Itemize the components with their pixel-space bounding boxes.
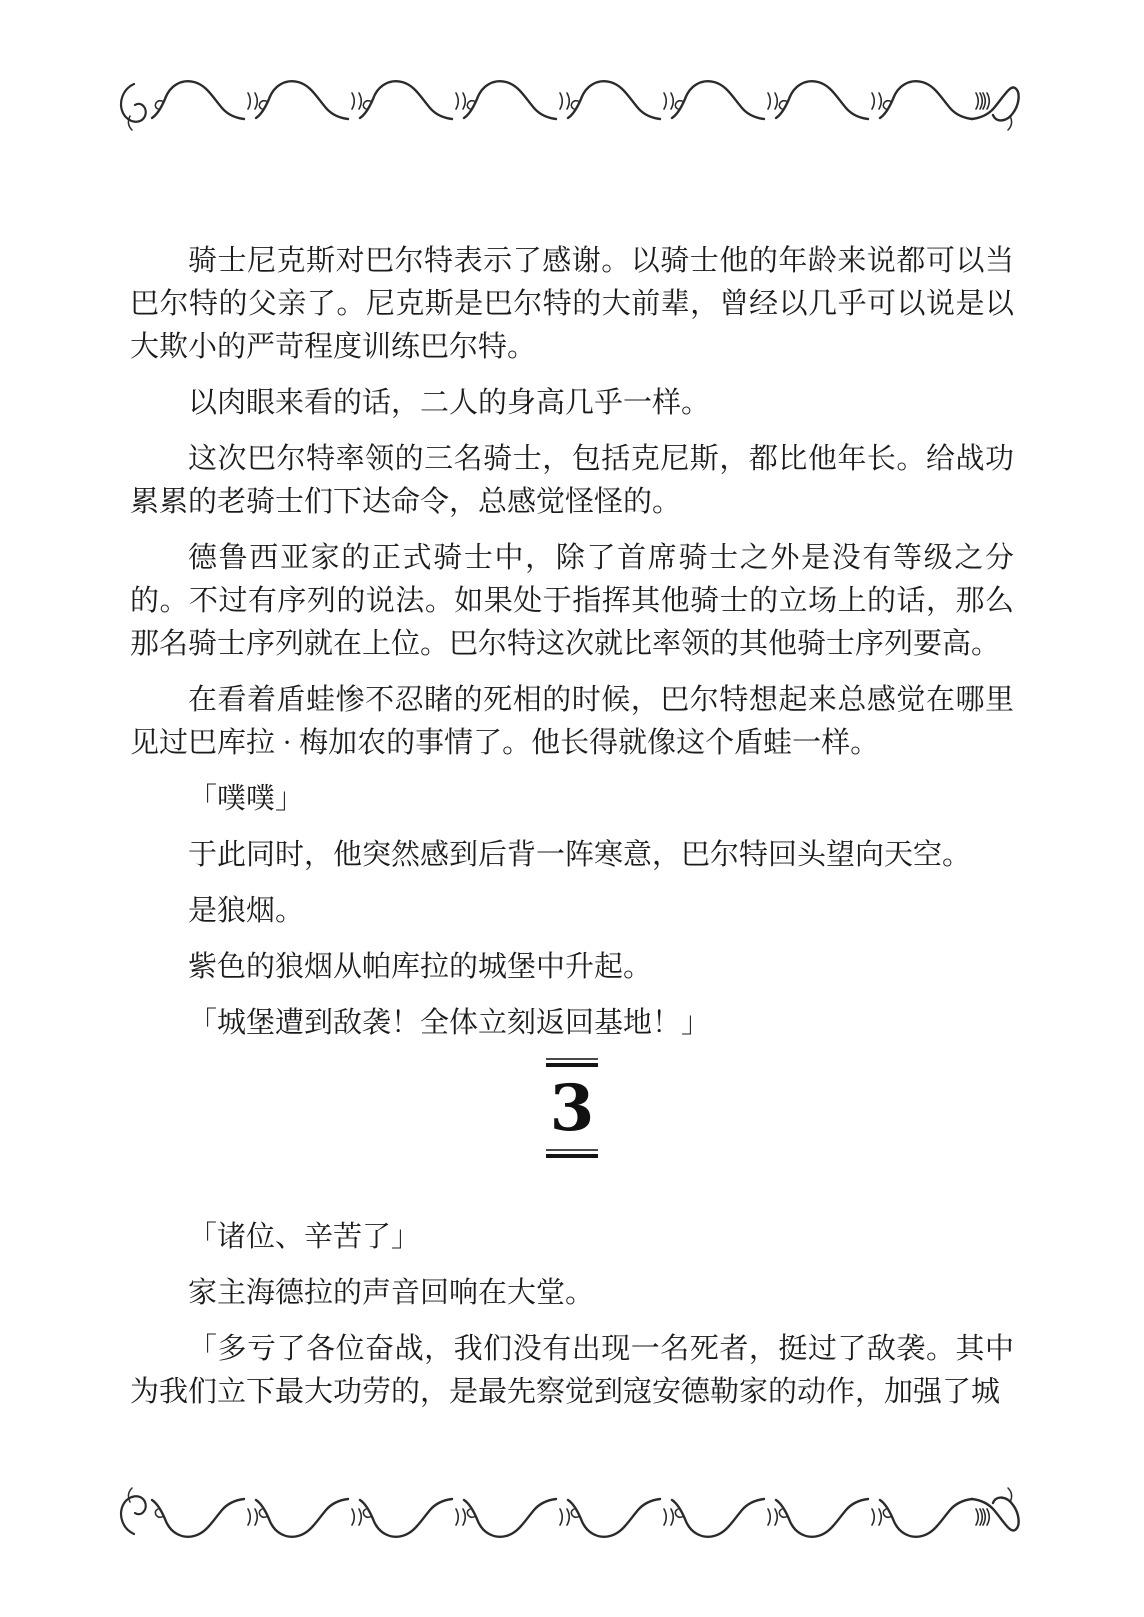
paragraph: 「多亏了各位奋战，我们没有出现一名死者，挺过了敌袭。其中为我们立下最大功劳的，是… [130,1328,1014,1414]
chapter-divider-top [546,1058,598,1067]
paragraph: 家主海德拉的声音回响在大堂。 [130,1272,1014,1315]
divider-thin-rule [546,1058,598,1060]
paragraph: 「诸位、辛苦了」 [130,1216,1014,1259]
book-page: 骑士尼克斯对巴尔特表示了感谢。以骑士他的年龄来说都可以当巴尔特的父亲了。尼克斯是… [0,0,1144,1617]
decorative-flourish-border-bottom [108,1484,1036,1546]
paragraph: 「城堡遭到敌袭！全体立刻返回基地！」 [130,1002,1014,1045]
page-content: 骑士尼克斯对巴尔特表示了感谢。以骑士他的年龄来说都可以当巴尔特的父亲了。尼克斯是… [130,240,1014,1427]
chapter-heading: 3 [130,1058,1014,1158]
divider-thick-rule [546,1063,598,1067]
paragraphs-before-chapter: 骑士尼克斯对巴尔特表示了感谢。以骑士他的年龄来说都可以当巴尔特的父亲了。尼克斯是… [130,240,1014,1045]
paragraph: 「噗噗」 [130,778,1014,821]
chapter-divider-bottom [546,1149,598,1158]
chapter-number: 3 [130,1073,1014,1145]
decorative-flourish-border-top [108,72,1036,134]
paragraph: 这次巴尔特率领的三名骑士，包括克尼斯，都比他年长。给战功累累的老骑士们下达命令，… [130,438,1014,524]
paragraphs-after-chapter: 「诸位、辛苦了」 家主海德拉的声音回响在大堂。 「多亏了各位奋战，我们没有出现一… [130,1216,1014,1414]
paragraph: 于此同时，他突然感到后背一阵寒意，巴尔特回头望向天空。 [130,834,1014,877]
paragraph: 骑士尼克斯对巴尔特表示了感谢。以骑士他的年龄来说都可以当巴尔特的父亲了。尼克斯是… [130,240,1014,369]
divider-thin-rule [546,1149,598,1151]
paragraph: 德鲁西亚家的正式骑士中，除了首席骑士之外是没有等级之分的。不过有序列的说法。如果… [130,537,1014,666]
paragraph: 在看着盾蛙惨不忍睹的死相的时候，巴尔特想起来总感觉在哪里见过巴库拉 · 梅加农的… [130,679,1014,765]
paragraph: 是狼烟。 [130,890,1014,933]
paragraph: 紫色的狼烟从帕库拉的城堡中升起。 [130,946,1014,989]
divider-thick-rule [546,1154,598,1158]
paragraph: 以肉眼来看的话，二人的身高几乎一样。 [130,382,1014,425]
